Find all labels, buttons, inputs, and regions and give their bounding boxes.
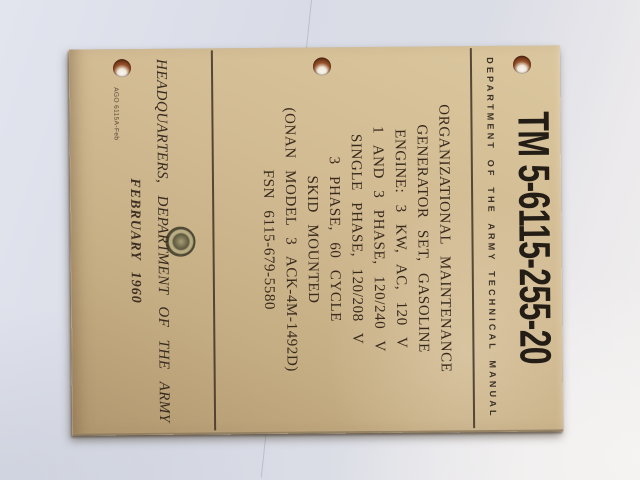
title-line: FSN 6115-679-5580 [256,48,281,432]
title-line: ENGINE: 3 KW, AC, 120 V [388,47,413,431]
divider-rule-top [470,48,475,428]
title-line: 3 PHASE, 60 CYCLE [322,47,347,431]
title-line: 1 AND 3 PHASE, 120/240 V [366,47,391,431]
title-line: SKID MOUNTED [300,47,325,431]
headquarters-line: HEADQUARTERS, DEPARTMENT OF THE ARMY [152,49,172,433]
title-line: (ONAN MODEL 3 ACK-4M-1492D) [278,48,303,432]
department-header: DEPARTMENT OF THE ARMY TECHNICAL MANUAL [485,46,498,430]
print-code: AGO 6115A-Feb [112,87,119,140]
title-block: ORGANIZATIONAL MAINTENANCE GENERATOR SET… [256,46,457,432]
divider-rule-bottom [211,50,216,430]
title-line: SINGLE PHASE, 120/208 V [344,47,369,431]
title-line: ORGANIZATIONAL MAINTENANCE [432,46,457,430]
publication-date: FEBRUARY 1960 [125,49,144,433]
tm-number-text: TM 5-6115-255-20 [509,111,557,364]
tm-number: TM 5-6115-255-20 [509,45,558,429]
manual-cover-page: TM 5-6115-255-20 DEPARTMENT OF THE ARMY … [69,45,563,435]
